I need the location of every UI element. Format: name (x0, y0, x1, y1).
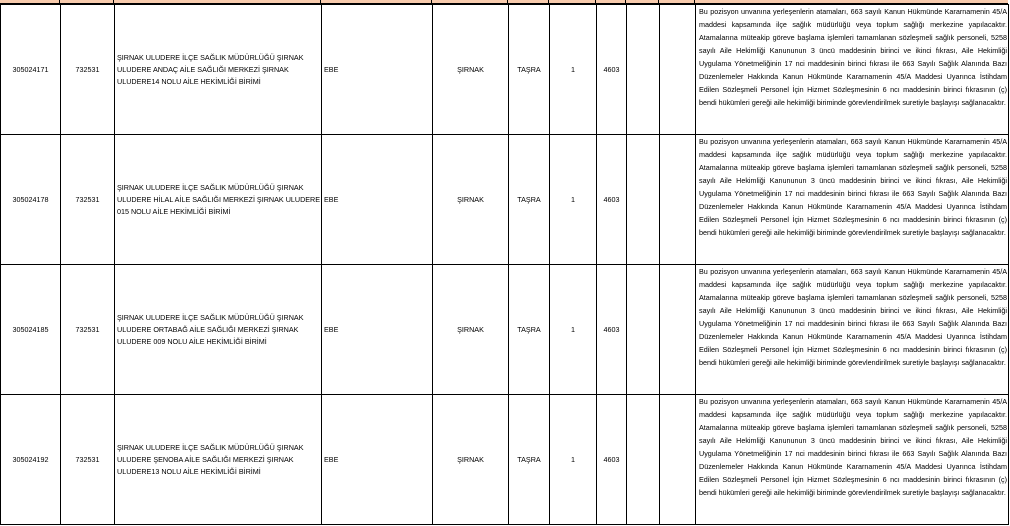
code-cell: 4603 (597, 5, 627, 135)
empty-cell (660, 5, 696, 135)
quota-cell: 1 (550, 5, 597, 135)
position-code-cell: 305024192 (1, 395, 61, 525)
description-cell: Bu pozisyon unvanına yerleşenlerin atama… (696, 135, 1009, 265)
quota-cell: 1 (550, 395, 597, 525)
position-code-cell: 305024178 (1, 135, 61, 265)
type-cell: TAŞRA (509, 135, 550, 265)
title-cell: EBE (322, 5, 433, 135)
title-cell: EBE (322, 265, 433, 395)
title-cell: EBE (322, 395, 433, 525)
province-cell: ŞIRNAK (433, 5, 509, 135)
table-row: 305024192 732531 ŞIRNAK ULUDERE İLÇE SAĞ… (1, 395, 1009, 525)
province-cell: ŞIRNAK (433, 265, 509, 395)
code-cell: 4603 (597, 265, 627, 395)
description-cell: Bu pozisyon unvanına yerleşenlerin atama… (696, 395, 1009, 525)
empty-cell (627, 265, 660, 395)
unit-name-cell: ŞIRNAK ULUDERE İLÇE SAĞLIK MÜDÜRLÜĞÜ ŞIR… (115, 5, 322, 135)
empty-cell (627, 135, 660, 265)
type-cell: TAŞRA (509, 395, 550, 525)
code-cell: 4603 (597, 135, 627, 265)
unit-name-cell: ŞIRNAK ULUDERE İLÇE SAĞLIK MÜDÜRLÜĞÜ ŞIR… (115, 395, 322, 525)
quota-cell: 1 (550, 135, 597, 265)
institution-code-cell: 732531 (61, 135, 115, 265)
title-cell: EBE (322, 135, 433, 265)
positions-table: 305024171 732531 ŞIRNAK ULUDERE İLÇE SAĞ… (0, 4, 1009, 525)
empty-cell (660, 265, 696, 395)
table-row: 305024185 732531 ŞIRNAK ULUDERE İLÇE SAĞ… (1, 265, 1009, 395)
province-cell: ŞIRNAK (433, 395, 509, 525)
institution-code-cell: 732531 (61, 5, 115, 135)
institution-code-cell: 732531 (61, 265, 115, 395)
empty-cell (627, 5, 660, 135)
empty-cell (660, 135, 696, 265)
type-cell: TAŞRA (509, 265, 550, 395)
quota-cell: 1 (550, 265, 597, 395)
institution-code-cell: 732531 (61, 395, 115, 525)
description-cell: Bu pozisyon unvanına yerleşenlerin atama… (696, 265, 1009, 395)
description-cell: Bu pozisyon unvanına yerleşenlerin atama… (696, 5, 1009, 135)
code-cell: 4603 (597, 395, 627, 525)
empty-cell (660, 395, 696, 525)
province-cell: ŞIRNAK (433, 135, 509, 265)
unit-name-cell: ŞIRNAK ULUDERE İLÇE SAĞLIK MÜDÜRLÜĞÜ ŞIR… (115, 265, 322, 395)
position-code-cell: 305024171 (1, 5, 61, 135)
table-row: 305024178 732531 ŞIRNAK ULUDERE İLÇE SAĞ… (1, 135, 1009, 265)
type-cell: TAŞRA (509, 5, 550, 135)
position-code-cell: 305024185 (1, 265, 61, 395)
unit-name-cell: ŞIRNAK ULUDERE İLÇE SAĞLIK MÜDÜRLÜĞÜ ŞIR… (115, 135, 322, 265)
empty-cell (627, 395, 660, 525)
table-row: 305024171 732531 ŞIRNAK ULUDERE İLÇE SAĞ… (1, 5, 1009, 135)
